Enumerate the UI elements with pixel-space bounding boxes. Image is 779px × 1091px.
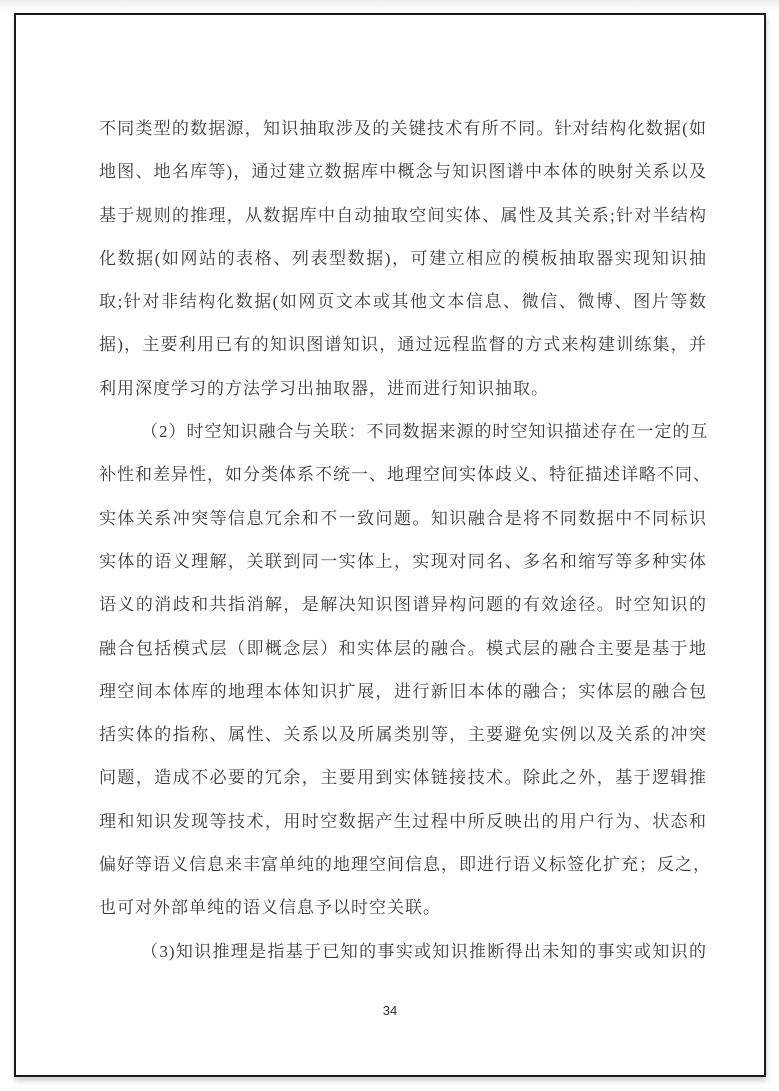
- text-line: 理和知识发现等技术，用时空数据产生过程中所反映出的用户行为、状态和: [99, 800, 707, 843]
- text-line: 偏好等语义信息来丰富单纯的地理空间信息，即进行语义标签化扩充；反之，: [99, 843, 707, 886]
- text-line: 地图、地名库等)，通过建立数据库中概念与知识图谱中本体的映射关系以及: [99, 150, 707, 193]
- text-line: （3)知识推理是指基于已知的事实或知识推断得出未知的事实或知识的: [99, 930, 707, 973]
- text-line: 问题，造成不必要的冗余，主要用到实体链接技术。除此之外，基于逻辑推: [99, 756, 707, 799]
- text-line: 化数据(如网站的表格、列表型数据)，可建立相应的模板抽取器实现知识抽: [99, 237, 707, 280]
- text-line: 实体的语义理解，关联到同一实体上，实现对同名、多名和缩写等多种实体: [99, 540, 707, 583]
- text-line: 括实体的指称、属性、关系以及所属类别等，主要避免实例以及关系的冲突: [99, 713, 707, 756]
- text-line: 融合包括模式层（即概念层）和实体层的融合。模式层的融合主要是基于地: [99, 627, 707, 670]
- text-line: （2）时空知识融合与关联：不同数据来源的时空知识描述存在一定的互: [99, 410, 707, 453]
- text-line: 补性和差异性，如分类体系不统一、地理空间实体歧义、特征描述详略不同、: [99, 453, 707, 496]
- text-line: 理空间本体库的地理本体知识扩展，进行新旧本体的融合；实体层的融合包: [99, 670, 707, 713]
- text-line: 实体关系冲突等信息冗余和不一致问题。知识融合是将不同数据中不同标识: [99, 497, 707, 540]
- page-border-frame: 不同类型的数据源，知识抽取涉及的关键技术有所不同。针对结构化数据(如 地图、地名…: [14, 13, 766, 1077]
- body-text: 不同类型的数据源，知识抽取涉及的关键技术有所不同。针对结构化数据(如 地图、地名…: [99, 107, 707, 973]
- text-line: 也可对外部单纯的语义信息予以时空关联。: [99, 886, 707, 929]
- text-line: 基于规则的推理，从数据库中自动抽取空间实体、属性及其关系;针对半结构: [99, 194, 707, 237]
- text-line: 据)，主要利用已有的知识图谱知识，通过远程监督的方式来构建训练集，并: [99, 323, 707, 366]
- text-line: 不同类型的数据源，知识抽取涉及的关键技术有所不同。针对结构化数据(如: [99, 107, 707, 150]
- text-line: 语义的消歧和共指消解，是解决知识图谱异构问题的有效途径。时空知识的: [99, 583, 707, 626]
- page-number: 34: [16, 1002, 764, 1020]
- text-line: 利用深度学习的方法学习出抽取器，进而进行知识抽取。: [99, 367, 707, 410]
- text-line: 取;针对非结构化数据(如网页文本或其他文本信息、微信、微博、图片等数: [99, 280, 707, 323]
- document-page: 不同类型的数据源，知识抽取涉及的关键技术有所不同。针对结构化数据(如 地图、地名…: [0, 0, 779, 1091]
